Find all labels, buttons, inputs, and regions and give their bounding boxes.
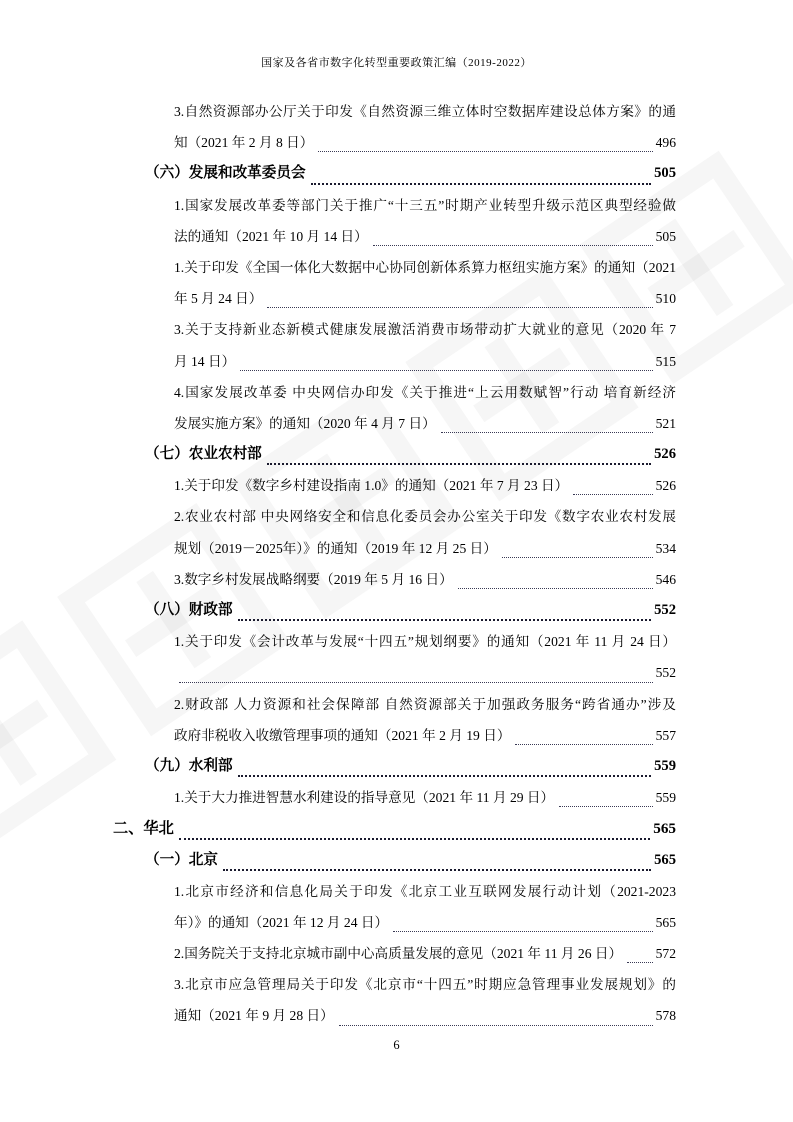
toc-line-text: 法的通知（2021 年 10 月 14 日） (174, 221, 368, 252)
toc-line-text: 1.关于印发《会计改革与发展“十四五”规划纲要》的通知（2021 年 11 月 … (174, 634, 676, 649)
page-footer-number: 6 (0, 1038, 793, 1053)
toc-entry-line[interactable]: 1.关于印发《全国一体化大数据中心协同创新体系算力枢纽实施方案》的通知（2021 (0, 252, 793, 283)
page-header-title: 国家及各省市数字化转型重要政策汇编（2019-2022） (0, 54, 793, 70)
toc-entry-line[interactable]: 1.北京市经济和信息化局关于印发《北京工业互联网发展行动计划（2021-2023 (0, 876, 793, 907)
toc-dot-leader (179, 838, 650, 840)
toc-entry-line[interactable]: 1.关于大力推进智慧水利建设的指导意见（2021 年 11 月 29 日） 55… (0, 782, 793, 813)
toc-entry-line[interactable]: 发展实施方案》的通知（2020 年 4 月 7 日） 521 (0, 408, 793, 439)
toc-dot-leader (627, 962, 653, 963)
toc-line-text: 年）》的通知（2021 年 12 月 24 日） (174, 907, 388, 938)
toc-line-text: 通知（2021 年 9 月 28 日） (174, 1000, 334, 1031)
toc-dot-leader (393, 931, 653, 932)
toc-line-text: 知（2021 年 2 月 8 日） (174, 127, 313, 158)
toc-dot-leader (515, 744, 652, 745)
toc-entry-line[interactable]: 1.国家发展改革委等部门关于推广“十三五”时期产业转型升级示范区典型经验做 (0, 190, 793, 221)
toc-dot-leader (267, 463, 651, 465)
toc-dot-leader (223, 869, 651, 871)
toc-entry-line[interactable]: 552 (0, 657, 793, 688)
toc-line-text: 4.国家发展改革委 中央网信办印发《关于推进“上云用数赋智”行动 培育新经济 (174, 385, 676, 400)
toc-page-number[interactable]: 559 (656, 782, 676, 813)
toc-line-text: 1.关于印发《数字乡村建设指南 1.0》的通知（2021 年 7 月 23 日） (174, 470, 568, 501)
toc-line-text: 发展实施方案》的通知（2020 年 4 月 7 日） (174, 408, 436, 439)
toc-page-number[interactable]: 559 (654, 751, 676, 782)
toc-entry-line[interactable]: 4.国家发展改革委 中央网信办印发《关于推进“上云用数赋智”行动 培育新经济 (0, 377, 793, 408)
toc-dot-leader (339, 1025, 653, 1026)
toc-entry-line[interactable]: 3.自然资源部办公厅关于印发《自然资源三维立体时空数据库建设总体方案》的通 (0, 96, 793, 127)
toc-dot-leader (267, 307, 652, 308)
toc-dot-leader (502, 557, 653, 558)
toc-page-number[interactable]: 572 (656, 938, 676, 969)
toc-entry-line[interactable]: 年 5 月 24 日） 510 (0, 283, 793, 314)
toc-entry-line[interactable]: 1.关于印发《数字乡村建设指南 1.0》的通知（2021 年 7 月 23 日）… (0, 470, 793, 501)
toc-page-number[interactable]: 552 (654, 595, 676, 626)
toc-dot-leader (573, 494, 652, 495)
toc-line-text: 3.北京市应急管理局关于印发《北京市“十四五”时期应急管理事业发展规划》的 (174, 977, 676, 992)
toc-dot-leader (240, 370, 652, 371)
toc-line-text: （九）水利部 (145, 751, 233, 782)
toc-page-number[interactable]: 515 (656, 346, 676, 377)
toc-line-text: 3.自然资源部办公厅关于印发《自然资源三维立体时空数据库建设总体方案》的通 (174, 104, 676, 119)
toc-entry-line[interactable]: 年）》的通知（2021 年 12 月 24 日） 565 (0, 907, 793, 938)
toc-dot-leader (238, 619, 652, 621)
toc-entry-line[interactable]: 规划（2019－2025年）》的通知（2019 年 12 月 25 日） 534 (0, 533, 793, 564)
toc-line-text: 年 5 月 24 日） (174, 283, 262, 314)
toc-line-text: 1.关于大力推进智慧水利建设的指导意见（2021 年 11 月 29 日） (174, 782, 554, 813)
toc-dot-leader (559, 806, 652, 807)
toc-line-text: 2.财政部 人力资源和社会保障部 自然资源部关于加强政务服务“跨省通办”涉及 (174, 697, 676, 712)
toc-dot-leader (373, 245, 653, 246)
toc-line-text: 1.北京市经济和信息化局关于印发《北京工业互联网发展行动计划（2021-2023 (174, 884, 676, 899)
toc-entry-line[interactable]: 知（2021 年 2 月 8 日） 496 (0, 127, 793, 158)
toc-entry-line[interactable]: 2.财政部 人力资源和社会保障部 自然资源部关于加强政务服务“跨省通办”涉及 (0, 689, 793, 720)
toc-entry-line[interactable]: 政府非税收入收缴管理事项的通知（2021 年 2 月 19 日） 557 (0, 720, 793, 751)
toc-line-text: （六）发展和改革委员会 (145, 158, 306, 189)
toc-page-number[interactable]: 565 (654, 845, 676, 876)
toc-dot-leader (238, 775, 652, 777)
toc-entry-line[interactable]: （八）财政部 552 (0, 595, 793, 626)
toc-dot-leader (458, 588, 653, 589)
toc-entry-line[interactable]: 1.关于印发《会计改革与发展“十四五”规划纲要》的通知（2021 年 11 月 … (0, 626, 793, 657)
toc-page-number[interactable]: 552 (656, 657, 676, 688)
toc-page-number[interactable]: 578 (656, 1000, 676, 1031)
toc-page-number[interactable]: 565 (653, 813, 676, 844)
toc-entry-line[interactable]: 3.北京市应急管理局关于印发《北京市“十四五”时期应急管理事业发展规划》的 (0, 969, 793, 1000)
toc-entry-line[interactable]: 月 14 日） 515 (0, 346, 793, 377)
toc-page-number[interactable]: 510 (656, 283, 676, 314)
toc-page-number[interactable]: 534 (656, 533, 676, 564)
toc-page-number[interactable]: 526 (654, 439, 676, 470)
toc-line-text: （一）北京 (145, 845, 218, 876)
toc-entry-line[interactable]: （九）水利部 559 (0, 751, 793, 782)
toc-dot-leader (318, 151, 652, 152)
toc-page-number[interactable]: 505 (656, 221, 676, 252)
table-of-contents: 3.自然资源部办公厅关于印发《自然资源三维立体时空数据库建设总体方案》的通 知（… (0, 96, 793, 1032)
toc-dot-leader (311, 183, 652, 185)
toc-entry-line[interactable]: 法的通知（2021 年 10 月 14 日） 505 (0, 221, 793, 252)
toc-page-number[interactable]: 496 (656, 127, 676, 158)
toc-entry-line[interactable]: 2.农业农村部 中央网络安全和信息化委员会办公室关于印发《数字农业农村发展 (0, 501, 793, 532)
toc-page-number[interactable]: 557 (656, 720, 676, 751)
toc-line-text: 2.农业农村部 中央网络安全和信息化委员会办公室关于印发《数字农业农村发展 (174, 509, 676, 524)
toc-entry-line[interactable]: 二、华北 565 (0, 813, 793, 844)
toc-dot-leader (441, 432, 653, 433)
toc-entry-line[interactable]: （一）北京 565 (0, 845, 793, 876)
toc-line-text: 3.数字乡村发展战略纲要（2019 年 5 月 16 日） (174, 564, 453, 595)
toc-line-text: （七）农业农村部 (145, 439, 262, 470)
toc-line-text: 政府非税收入收缴管理事项的通知（2021 年 2 月 19 日） (174, 720, 510, 751)
toc-line-text: 规划（2019－2025年）》的通知（2019 年 12 月 25 日） (174, 533, 497, 564)
toc-page-number[interactable]: 521 (656, 408, 676, 439)
toc-line-text: 3.关于支持新业态新模式健康发展激活消费市场带动扩大就业的意见（2020 年 7 (174, 322, 676, 337)
toc-line-text: （八）财政部 (145, 595, 233, 626)
toc-entry-line[interactable]: 2.国务院关于支持北京城市副中心高质量发展的意见（2021 年 11 月 26 … (0, 938, 793, 969)
toc-dot-leader (179, 682, 653, 683)
toc-page-number[interactable]: 526 (656, 470, 676, 501)
toc-line-text: 1.关于印发《全国一体化大数据中心协同创新体系算力枢纽实施方案》的通知（2021 (174, 260, 676, 275)
toc-line-text: 1.国家发展改革委等部门关于推广“十三五”时期产业转型升级示范区典型经验做 (174, 198, 676, 213)
toc-entry-line[interactable]: （七）农业农村部 526 (0, 439, 793, 470)
toc-entry-line[interactable]: 通知（2021 年 9 月 28 日） 578 (0, 1000, 793, 1031)
toc-entry-line[interactable]: （六）发展和改革委员会 505 (0, 158, 793, 189)
toc-entry-line[interactable]: 3.数字乡村发展战略纲要（2019 年 5 月 16 日） 546 (0, 564, 793, 595)
toc-line-text: 二、华北 (113, 813, 174, 844)
toc-page-number[interactable]: 546 (656, 564, 676, 595)
toc-page-number[interactable]: 505 (654, 158, 676, 189)
toc-line-text: 月 14 日） (174, 346, 235, 377)
toc-entry-line[interactable]: 3.关于支持新业态新模式健康发展激活消费市场带动扩大就业的意见（2020 年 7 (0, 314, 793, 345)
toc-page-number[interactable]: 565 (656, 907, 676, 938)
toc-line-text: 2.国务院关于支持北京城市副中心高质量发展的意见（2021 年 11 月 26 … (174, 938, 622, 969)
